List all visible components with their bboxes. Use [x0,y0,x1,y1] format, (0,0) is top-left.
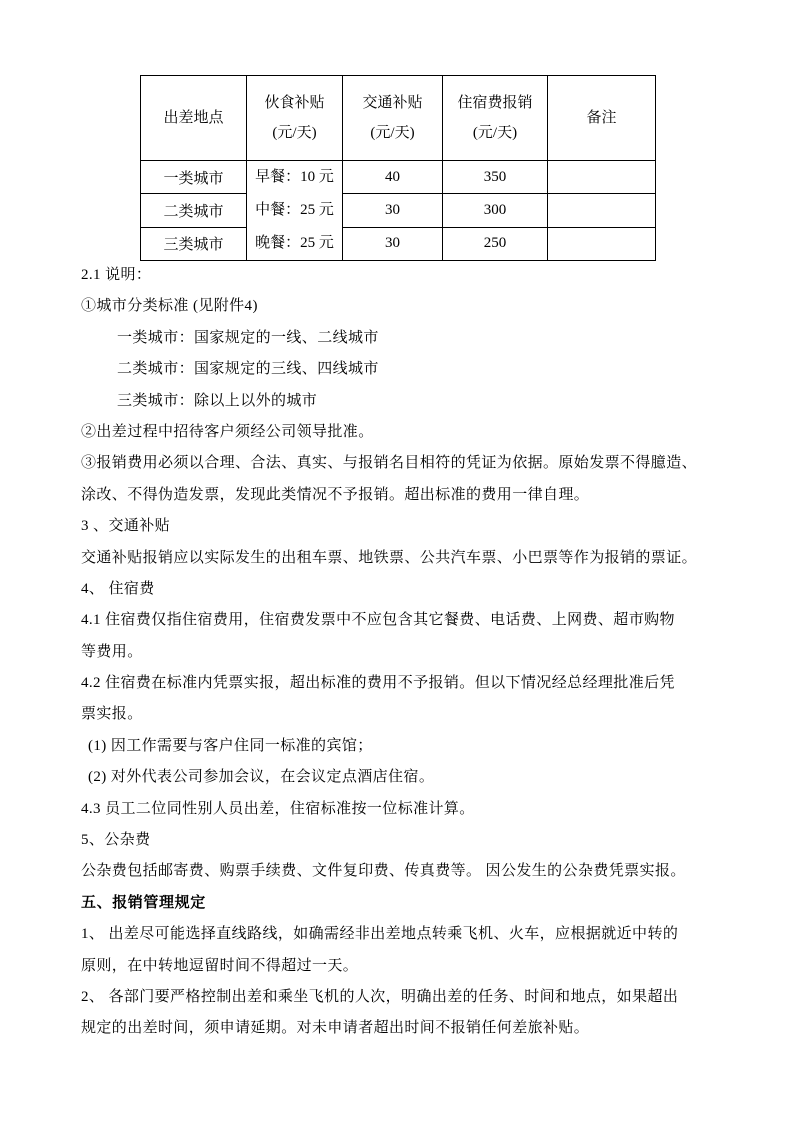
doc-line-4-2a: 4.2 住宿费在标准内凭票实报，超出标准的费用不予报销。但以下情况经总经理批准后… [81,668,721,699]
header-unit: (元/天) [343,118,442,148]
cell-hotel: 300 [443,194,548,227]
cell-transport: 30 [343,194,443,227]
header-cell-transport: 交通补贴 (元/天) [343,76,443,161]
cell-note [548,227,656,260]
header-title: 备注 [548,103,655,133]
doc-line-4-1a: 4.1 住宿费仅指住宿费用，住宿费发票中不应包含其它餐费、电话费、上网费、超市购… [81,605,721,636]
meal-breakfast: 早餐：10 元 [247,161,342,194]
doc-line-4-1b: 等费用。 [81,637,721,668]
cell-transport: 40 [343,161,443,194]
cell-note [548,194,656,227]
header-title: 住宿费报销 [443,88,547,118]
doc-line-section-4: 4、 住宿费 [81,574,721,605]
cell-city: 三类城市 [141,227,247,260]
doc-line-misc-fee: 公杂费包括邮寄费、购票手续费、文件复印费、传真费等。 因公发生的公杂费凭票实报。 [81,856,721,887]
document-body: 2.1 说明： ①城市分类标准 (见附件4) 一类城市：国家规定的一线、二线城市… [81,260,721,1045]
doc-line-4-2-sub1: (1) 因工作需要与客户住同一标准的宾馆； [81,731,721,762]
cell-note [548,161,656,194]
doc-line-section-3: 3 、交通补贴 [81,511,721,542]
doc-line-4-2b: 票实报。 [81,699,721,730]
cell-hotel: 350 [443,161,548,194]
header-cell-meal: 伙食补贴 (元/天) [247,76,343,161]
table-row: 一类城市 早餐：10 元 中餐：25 元 晚餐：25 元 40 350 [141,161,656,194]
header-cell-hotel: 住宿费报销 (元/天) [443,76,548,161]
doc-heading-section-5-bold: 五、报销管理规定 [81,888,721,919]
header-cell-location: 出差地点 [141,76,247,161]
doc-line-item-2: ②出差过程中招待客户须经公司领导批准。 [81,417,721,448]
cell-city: 一类城市 [141,161,247,194]
doc-line-4-2-sub2: (2) 对外代表公司参加会议，在会议定点酒店住宿。 [81,762,721,793]
header-unit: (元/天) [443,118,547,148]
cell-city: 二类城市 [141,194,247,227]
header-title: 出差地点 [141,103,246,133]
table-header-row: 出差地点 伙食补贴 (元/天) 交通补贴 (元/天) 住宿费报销 (元/天) 备… [141,76,656,161]
doc-line-rule-1b: 原则，在中转地逗留时间不得超过一天。 [81,951,721,982]
doc-line-item-1: ①城市分类标准 (见附件4) [81,291,721,322]
table-row: 二类城市 30 300 [141,194,656,227]
header-cell-note: 备注 [548,76,656,161]
table-row: 三类城市 30 250 [141,227,656,260]
doc-line-rule-2b: 规定的出差时间，须申请延期。对未申请者超出时间不报销任何差旅补贴。 [81,1013,721,1044]
doc-line-4-3: 4.3 员工二位同性别人员出差，住宿标准按一位标准计算。 [81,794,721,825]
document-page: 出差地点 伙食补贴 (元/天) 交通补贴 (元/天) 住宿费报销 (元/天) 备… [0,0,793,1122]
allowance-table: 出差地点 伙食补贴 (元/天) 交通补贴 (元/天) 住宿费报销 (元/天) 备… [140,75,656,261]
cell-transport: 30 [343,227,443,260]
cell-hotel: 250 [443,227,548,260]
header-unit: (元/天) [247,118,342,148]
header-title: 交通补贴 [343,88,442,118]
doc-line-city-class-1: 一类城市：国家规定的一线、二线城市 [81,323,721,354]
doc-line-transport-rule: 交通补贴报销应以实际发生的出租车票、地铁票、公共汽车票、小巴票等作为报销的票证。 [81,543,721,574]
meal-dinner: 晚餐：25 元 [247,227,342,260]
header-title: 伙食补贴 [247,88,342,118]
doc-line-city-class-3: 三类城市：除以上以外的城市 [81,386,721,417]
doc-line-section-2-1: 2.1 说明： [81,260,721,291]
doc-line-city-class-2: 二类城市：国家规定的三线、四线城市 [81,354,721,385]
cell-meal-allowance: 早餐：10 元 中餐：25 元 晚餐：25 元 [247,161,343,261]
doc-line-rule-1a: 1、 出差尽可能选择直线路线，如确需经非出差地点转乘飞机、火车，应根据就近中转的 [81,919,721,950]
doc-line-item-3a: ③报销费用必须以合理、合法、真实、与报销名目相符的凭证为依据。原始发票不得臆造、 [81,448,721,479]
doc-line-section-5: 5、公杂费 [81,825,721,856]
doc-line-item-3b: 涂改、不得伪造发票，发现此类情况不予报销。超出标准的费用一律自理。 [81,480,721,511]
doc-line-rule-2a: 2、 各部门要严格控制出差和乘坐飞机的人次，明确出差的任务、时间和地点，如果超出 [81,982,721,1013]
meal-lunch: 中餐：25 元 [247,194,342,227]
